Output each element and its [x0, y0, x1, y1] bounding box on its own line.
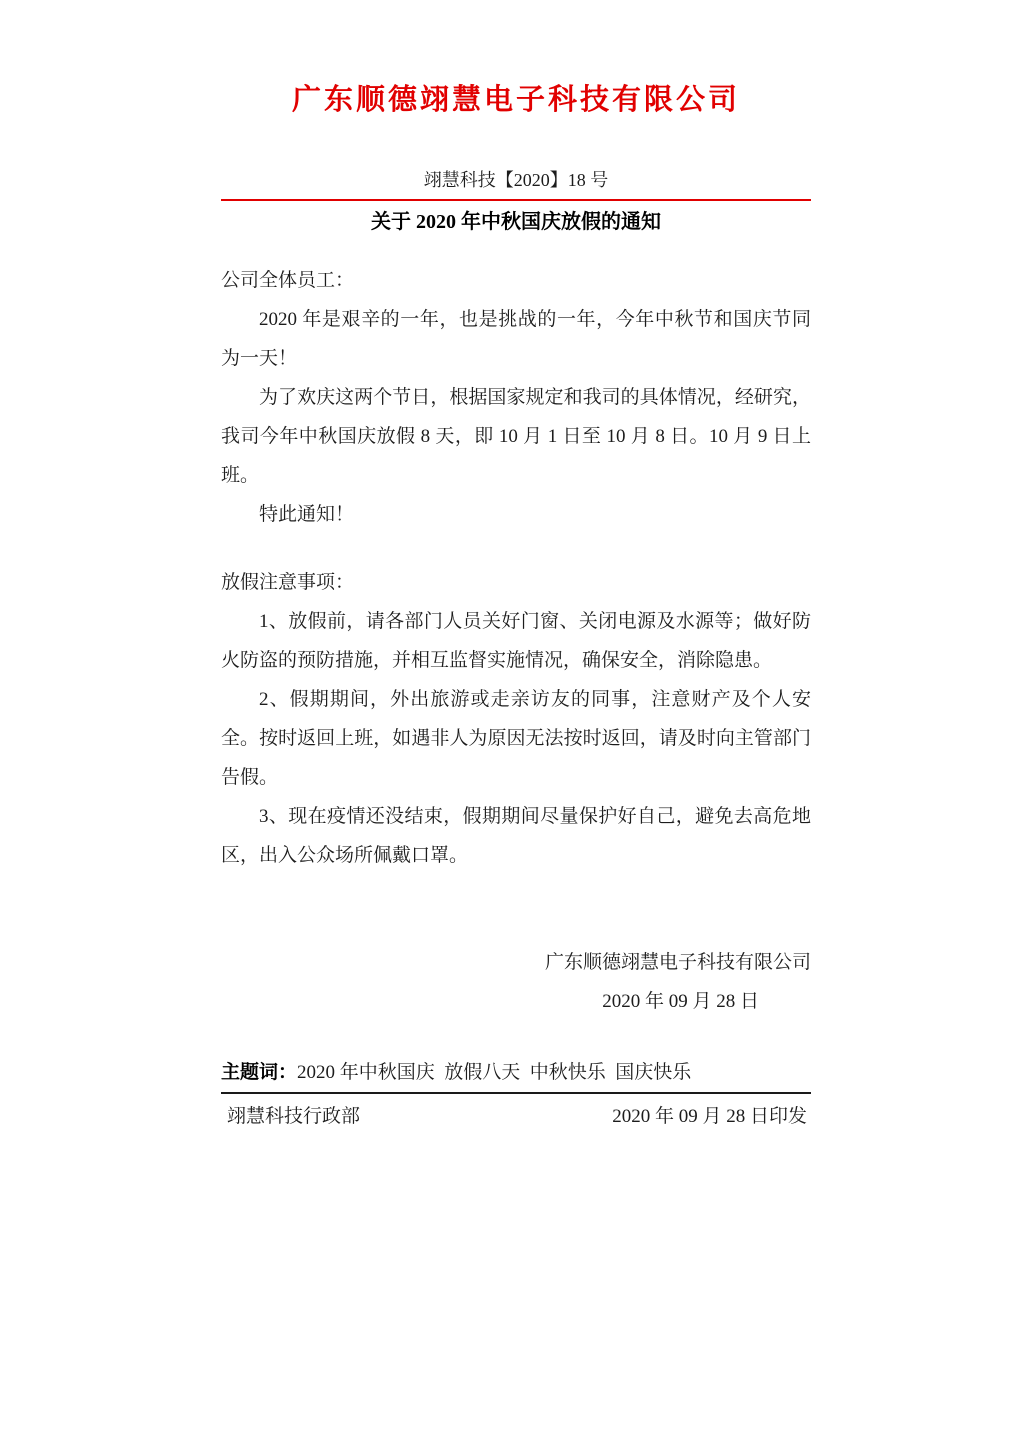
company-letterhead-title: 广东顺德翊慧电子科技有限公司 [221, 84, 811, 116]
keywords-label: 主题词： [221, 1062, 297, 1083]
keywords-line: 主题词：2020 年中秋国庆 放假八天 中秋快乐 国庆快乐 [221, 1053, 811, 1092]
keywords-text: 2020 年中秋国庆 放假八天 中秋快乐 国庆快乐 [297, 1062, 691, 1083]
footer-black-divider [221, 1092, 811, 1094]
signature-date: 2020 年 09 月 28 日 [221, 982, 811, 1021]
footer-row: 翊慧科技行政部 2020 年 09 月 28 日印发 [221, 1097, 811, 1136]
document-number: 翊慧科技【2020】18 号 [221, 168, 811, 192]
issue-date: 2020 年 09 月 28 日印发 [612, 1097, 807, 1136]
salutation-line: 公司全体员工： [221, 261, 811, 300]
body-paragraph-1: 2020 年是艰辛的一年，也是挑战的一年，今年中秋节和国庆节同为一天！ [221, 300, 811, 378]
note-item-2: 2、假期期间，外出旅游或走亲访友的同事，注意财产及个人安全。按时返回上班，如遇非… [221, 680, 811, 797]
notice-document-page: 广东顺德翊慧电子科技有限公司 翊慧科技【2020】18 号 关于 2020 年中… [0, 0, 1024, 1448]
signature-company-name: 广东顺德翊慧电子科技有限公司 [221, 943, 811, 982]
closing-line: 特此通知！ [221, 495, 811, 534]
notice-title: 关于 2020 年中秋国庆放假的通知 [221, 207, 811, 237]
document-content: 广东顺德翊慧电子科技有限公司 翊慧科技【2020】18 号 关于 2020 年中… [221, 0, 811, 1136]
note-item-3: 3、现在疫情还没结束，假期期间尽量保护好自己，避免去高危地区，出入公众场所佩戴口… [221, 797, 811, 875]
letterhead-red-divider [221, 199, 811, 201]
note-item-1: 1、放假前，请各部门人员关好门窗、关闭电源及水源等；做好防火防盗的预防措施，并相… [221, 602, 811, 680]
notes-heading: 放假注意事项： [221, 563, 811, 602]
body-paragraph-2: 为了欢庆这两个节日，根据国家规定和我司的具体情况，经研究，我司今年中秋国庆放假 … [221, 378, 811, 495]
issuing-department: 翊慧科技行政部 [227, 1097, 360, 1136]
signature-block: 广东顺德翊慧电子科技有限公司 2020 年 09 月 28 日 [221, 943, 811, 1021]
